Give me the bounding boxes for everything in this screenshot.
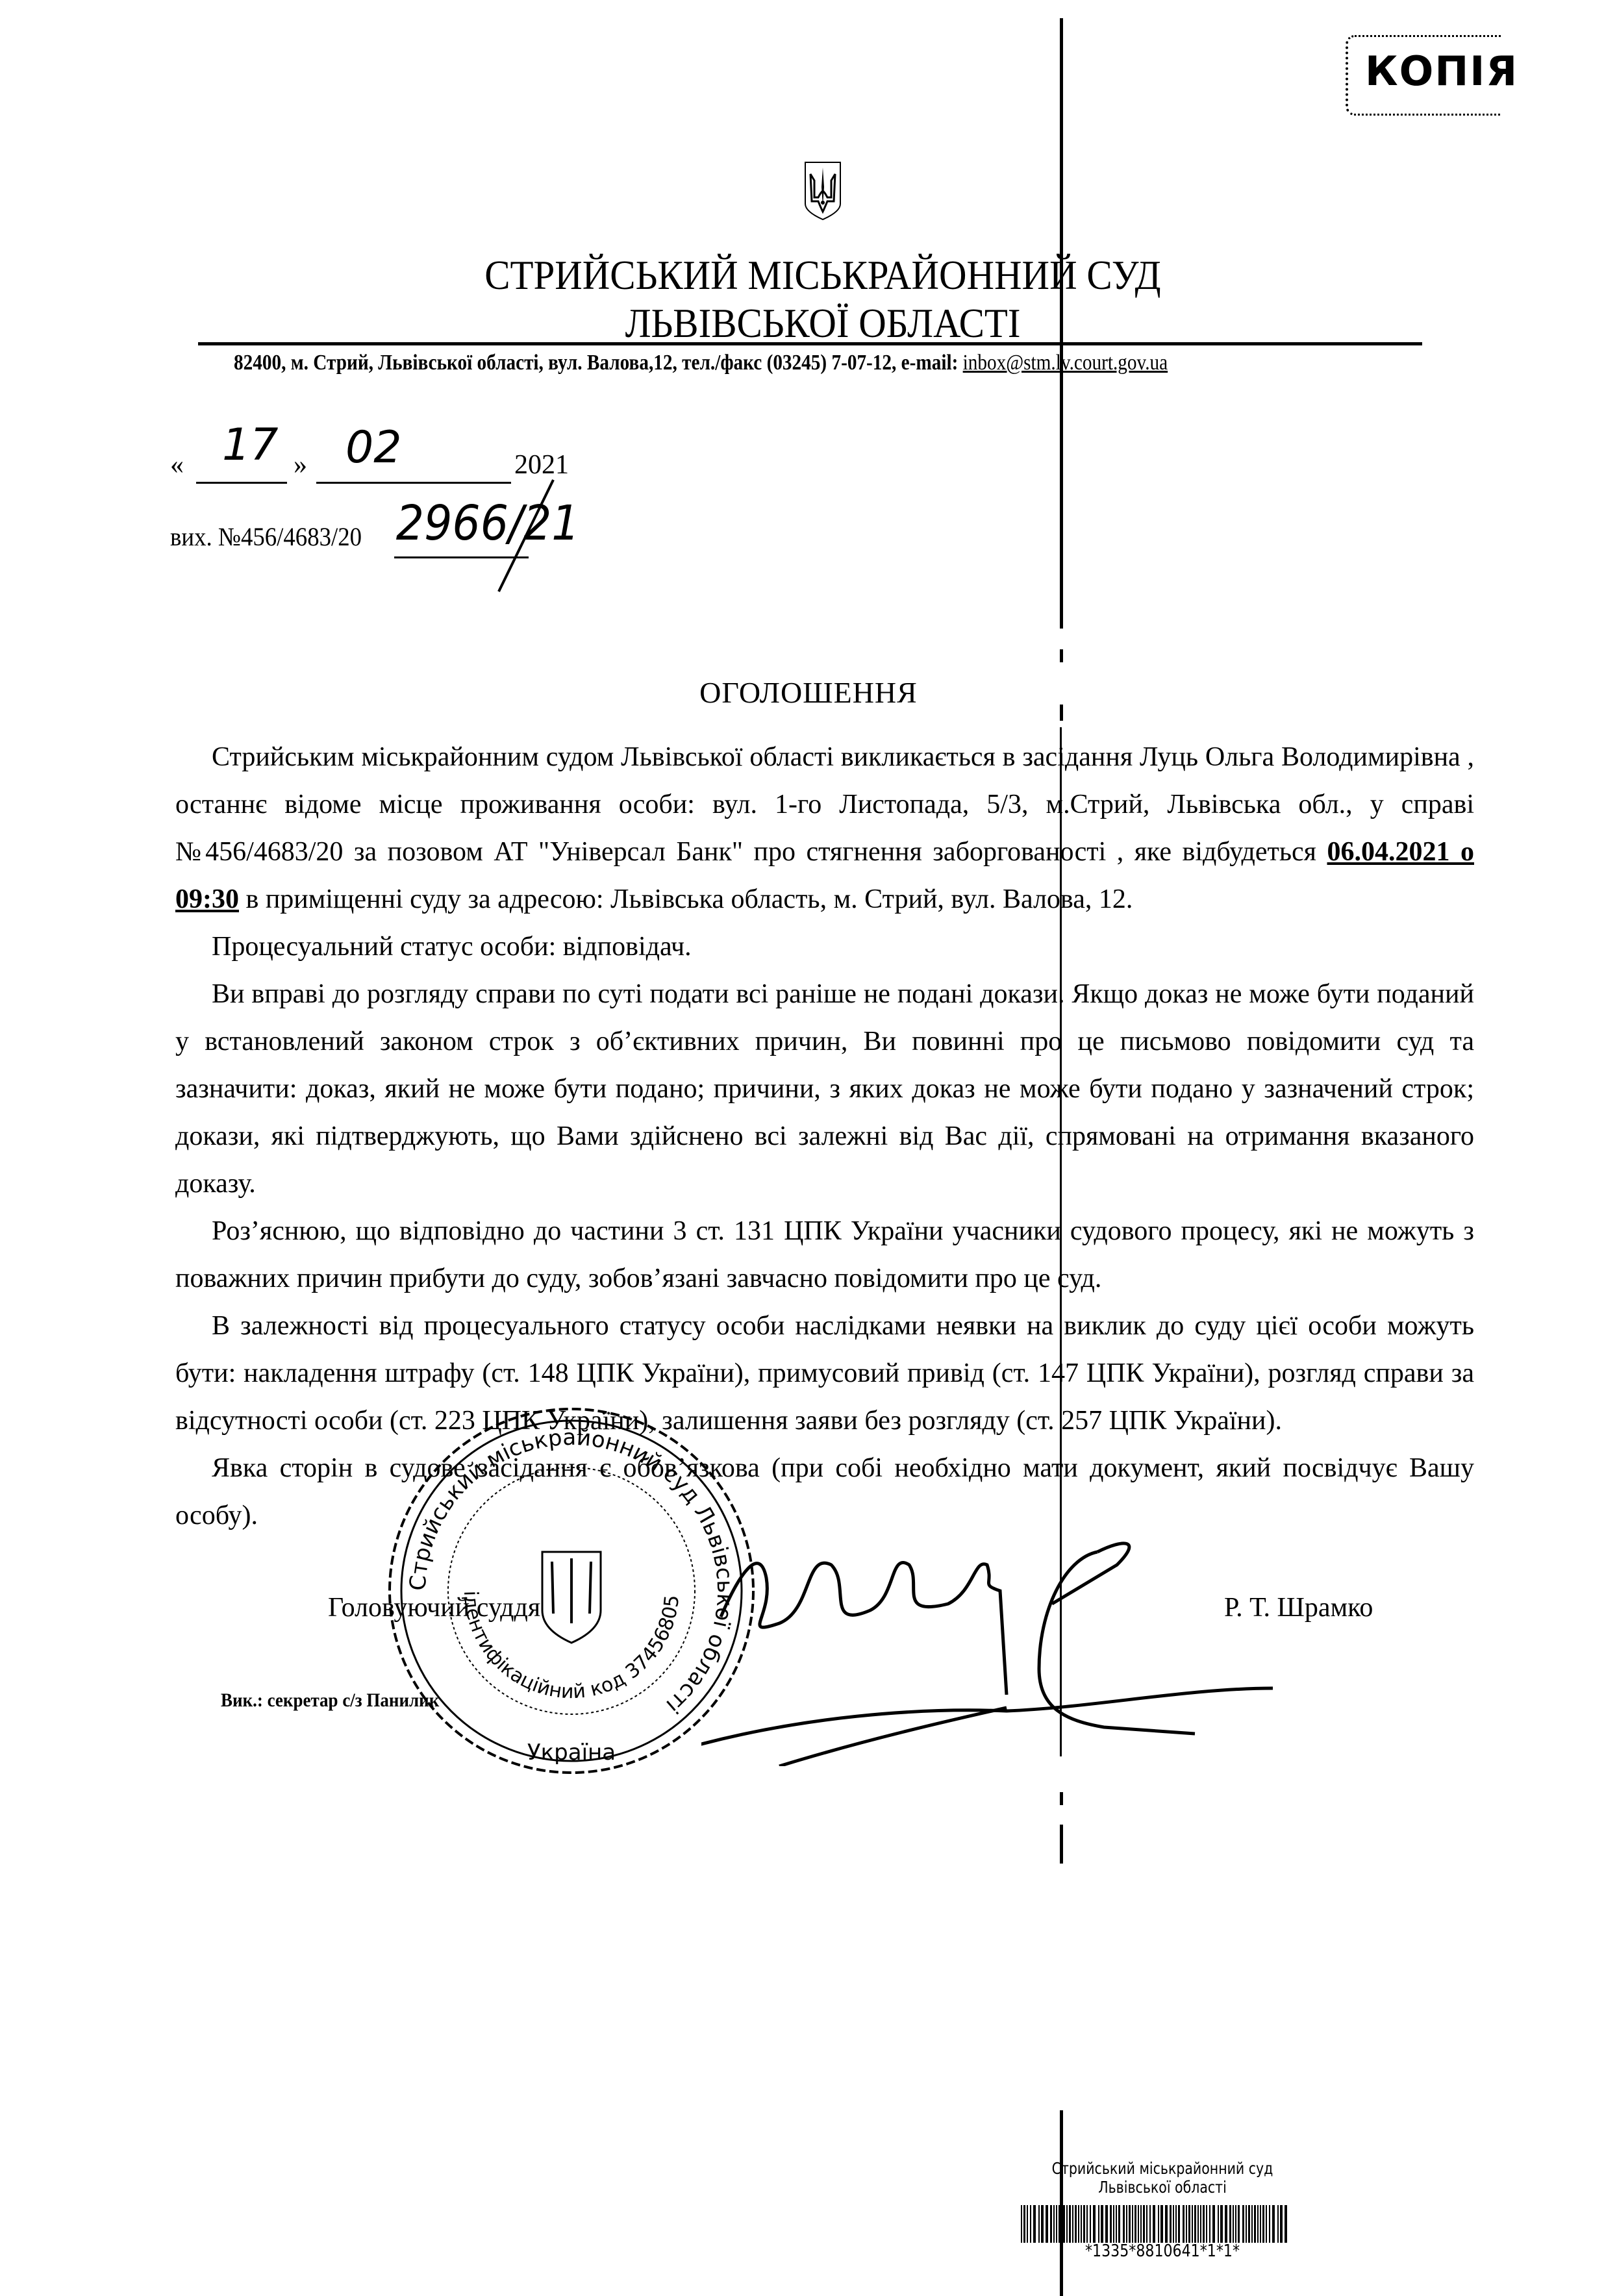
- scan-line: [1060, 1792, 1063, 1805]
- day-underline: [196, 482, 287, 484]
- judge-signature: [701, 1493, 1416, 1766]
- scan-line: [1060, 649, 1063, 662]
- date-day-handwritten: 17: [222, 419, 279, 471]
- date-open-quote: «: [170, 449, 184, 480]
- coat-of-arms-icon: [804, 161, 842, 221]
- executor-line: Вик.: секретар с/з Панилик: [221, 1690, 439, 1712]
- paragraph-evidence: Ви вправі до розгляду справи по суті под…: [175, 971, 1474, 1208]
- scan-line: [1060, 2110, 1063, 2296]
- date-year: 2021: [514, 449, 569, 480]
- header-divider: [198, 342, 1422, 345]
- barcode-number: *1335*8810641*1*1*: [1044, 2241, 1281, 2261]
- paragraph-summons: Стрийським міськрайонним судом Львівсько…: [175, 734, 1474, 923]
- seal-bottom-text: Україна: [527, 1740, 616, 1766]
- barcode-org: Стрийський міськрайонний суд Львівської …: [1023, 2159, 1302, 2197]
- email-link[interactable]: inbox@stm.lv.court.gov.ua: [963, 351, 1168, 375]
- announcement-body: Стрийським міськрайонним судом Львівсько…: [175, 734, 1474, 1540]
- handwritten-slash: [494, 477, 558, 594]
- barcode-icon: [1021, 2205, 1287, 2243]
- document-title: ОГОЛОШЕННЯ: [0, 675, 1617, 710]
- summons-text: Стрийським міськрайонним судом Львівсько…: [175, 742, 1474, 867]
- court-name-line1: СТРИЙСЬКИЙ МІСЬКРАЙОННИЙ СУД: [79, 255, 1567, 296]
- summons-address: в приміщенні суду за адресою: Львівська …: [239, 884, 1133, 914]
- paragraph-status: Процесуальний статус особи: відповідач.: [175, 923, 1474, 971]
- copy-stamp-label: КОПІЯ: [1365, 51, 1518, 92]
- judge-name: Р. Т. Шрамко: [1224, 1592, 1373, 1623]
- presiding-judge-label: Головуючий суддя: [328, 1592, 540, 1623]
- paragraph-notification: Роз’яснюю, що відповідно до частини 3 ст…: [175, 1208, 1474, 1303]
- court-contacts: 82400, м. Стрий, Львівської області, вул…: [234, 351, 1168, 375]
- month-underline: [316, 482, 511, 484]
- scan-line: [1060, 1825, 1063, 1864]
- date-close-quote: »: [294, 449, 307, 480]
- barcode-org-line1: Стрийський міськрайонний суд: [1048, 2159, 1277, 2178]
- paragraph-consequences: В залежності від процесуального статусу …: [175, 1303, 1474, 1445]
- date-month-handwritten: 02: [345, 422, 402, 473]
- court-name-line2: ЛЬВІВСЬКОЇ ОБЛАСТІ: [79, 303, 1567, 344]
- outgoing-prefix: вих. №456/4683/20: [170, 522, 362, 551]
- copy-stamp: КОПІЯ: [1346, 35, 1501, 116]
- barcode-org-line2: Львівської області: [1048, 2178, 1277, 2197]
- contacts-text: 82400, м. Стрий, Львівської області, вул…: [234, 351, 963, 375]
